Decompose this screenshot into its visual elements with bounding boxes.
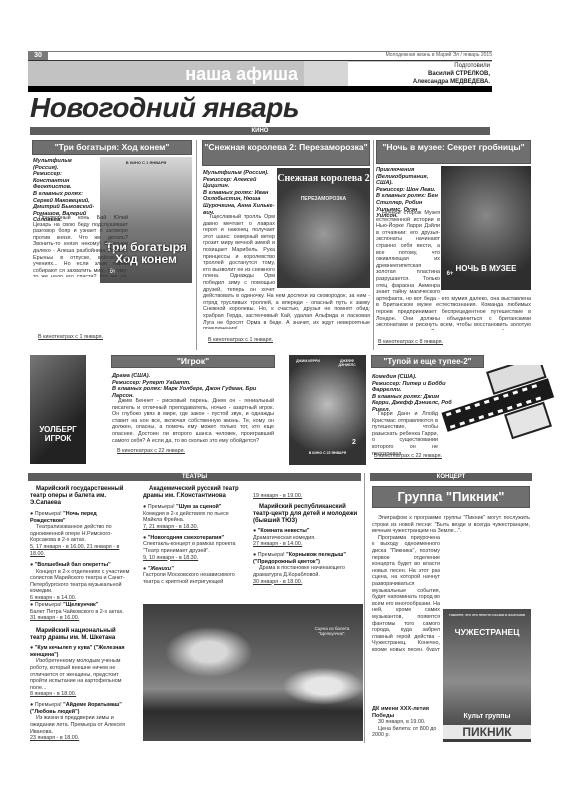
column-rule xyxy=(373,140,374,350)
venue-block: Академический русский театр драмы им. Г.… xyxy=(143,486,245,585)
credits: Подготовили Василий СТРЕЛКОВ, Александра… xyxy=(348,62,492,87)
film-strip-icon xyxy=(440,365,558,460)
float-spacer xyxy=(440,210,531,291)
event-date: 31 января - в 16.00. xyxy=(30,615,132,622)
poster-text: ДЖЕФФ ДЭНИЕЛС xyxy=(331,359,363,367)
event-title: "Комната невесты" xyxy=(258,528,310,534)
credits-label: Подготовили xyxy=(348,62,490,70)
film-description: Тщеславный тролль Орм давно мечтает о ла… xyxy=(203,214,370,329)
column-rule xyxy=(364,473,365,743)
film-release-date: В кинотеатрах с 1 января. xyxy=(38,334,103,341)
bullet-icon: ● xyxy=(30,702,33,708)
event-title: "Новогодняя смехотерапия" xyxy=(148,535,224,541)
event-date: 23 января - в 18.00. xyxy=(30,735,132,742)
event-item: ● "Комната невесты" Драматическая комеди… xyxy=(253,528,361,548)
concert-title-bar: Группа "Пикник" xyxy=(372,486,530,508)
concert-paragraph: Эпиграфом к программе группы "Пикник" мо… xyxy=(372,515,530,535)
poster-title: ЧУЖЕСТРАНЕЦ xyxy=(443,627,531,637)
poster-text: В КИНО С 22 ЯНВАРЯ xyxy=(289,451,366,455)
film-description: Джим Беннет - рисковый парень. Днем он -… xyxy=(112,398,274,444)
bullet-icon: ● xyxy=(30,645,33,651)
poster-band: ПИКНИК xyxy=(443,725,531,739)
event-title: "Женихи" xyxy=(148,566,174,572)
film-meta: Драма (США). Режиссер: Руперт Уайатт. В … xyxy=(112,373,274,399)
event-date: 19 января - в 19.00. xyxy=(253,493,361,500)
film-director: Режиссер: Алексей Цицилин. xyxy=(203,177,275,190)
film-title-bar: "Игрок" xyxy=(111,355,275,368)
event-date: 5, 17 января - в 16.00, 21 января - в 18… xyxy=(30,544,132,558)
float-spacer xyxy=(275,214,370,290)
film-title-bar: "Три богатыря: Ход конем" xyxy=(32,140,192,155)
concert-date: 30 января, в 19.00. xyxy=(372,719,440,726)
poster-text: ДЖИМ КЕРРИ xyxy=(293,359,323,363)
event-title: "Кум кечылеп у кува" ("Железная женщина"… xyxy=(30,645,125,658)
event-item: ● Премьера! "Ночь перед Рождеством" Теат… xyxy=(30,511,132,558)
event-item: ● Премьера! "Щелкунчик" Балет Петра Чайк… xyxy=(30,602,132,622)
bullet-icon: ● xyxy=(143,566,146,572)
venue-name: Марийский национальный театр драмы им. М… xyxy=(30,628,132,642)
author-2: Александра МЕДВЕДЕВА. xyxy=(413,79,490,85)
film-cast: В главных ролях: Иван Охлобыстин, Нюша Ш… xyxy=(203,190,275,216)
film-description: Ночной сторож Музея естественной истории… xyxy=(376,210,531,330)
event-title: "Шум за сценой" xyxy=(176,504,221,510)
concert-section-bar: КОНЦЕРТ xyxy=(370,473,532,481)
author-1: Василий СТРЕЛКОВ, xyxy=(428,71,490,77)
bullet-icon: ● xyxy=(30,562,33,568)
poster-text: 2 xyxy=(349,439,359,446)
column-rule xyxy=(196,140,197,350)
event-item: ● Премьера! "Корнывож пеледыш" ("Придоро… xyxy=(253,552,361,585)
film-genre: Приключения (Великобритания, США). xyxy=(376,167,440,187)
event-desc: Гастроли Московского независимого театра… xyxy=(143,572,245,585)
event-item: ● "Женихи" Гастроли Московского независи… xyxy=(143,566,245,586)
event-date: 7, 21 января - в 18.30. xyxy=(143,524,245,531)
venue-name: Марийский государственный театр оперы и … xyxy=(30,486,132,507)
film-director: Режиссер: Константин Феоктистов. xyxy=(33,171,97,191)
film-description: Гарри Данн и Ллойд Кристмас отправляются… xyxy=(372,411,438,457)
masthead-dot-pattern xyxy=(304,61,348,87)
poster-subtitle: Культ группы xyxy=(443,713,531,720)
event-desc: Балет Петра Чайковского в 2-х актах. xyxy=(30,609,132,616)
venue-name: Академический русский театр драмы им. Г.… xyxy=(143,486,245,500)
event-item: ● Премьера! "Шум за сценой" Комедия в 2-… xyxy=(143,504,245,531)
film-genre: Драма (США). xyxy=(112,373,274,380)
photo-caption: Сцена из балета "Щелкунчик". xyxy=(307,626,357,636)
event-date: 9, 10 января - в 18.30. xyxy=(143,555,245,562)
venue-block: 19 января - в 19.00. Марийский республик… xyxy=(253,486,361,586)
event-date: 30 января - в 18.00. xyxy=(253,579,361,586)
film-title-bar: "Ночь в музее: Секрет гробницы" xyxy=(376,140,531,164)
venue-name: Марийский республиканский театр-центр дл… xyxy=(253,504,361,525)
bullet-icon: ● xyxy=(30,511,33,517)
film-poster-image: ДЖИМ КЕРРИ ДЖЕФФ ДЭНИЕЛС В КИНО С 22 ЯНВ… xyxy=(289,355,366,465)
event-date: 6 января - в 14.00. xyxy=(30,595,132,602)
film-genre: Мультфильм (Россия). xyxy=(33,158,97,171)
cinema-section-bar: КИНО xyxy=(30,127,490,135)
poster-text: В КИНО С 1 ЯНВАРЯ xyxy=(100,160,192,165)
event-date: 8 января - в 18.00. xyxy=(30,691,132,698)
event-item: ● "Кум кечылеп у кува" ("Железная женщин… xyxy=(30,645,132,698)
poster-subtitle: ПЕРЕЗАМОРОЗКА xyxy=(277,196,370,202)
event-desc: Изобретенному молодым ученым роботу, кот… xyxy=(30,658,132,691)
bullet-icon: ● xyxy=(143,535,146,541)
concert-price: Цена билета: от 800 до 2000 р. xyxy=(372,726,440,739)
event-desc: Из жизни в преддверии зимы и ожидании ле… xyxy=(30,715,132,735)
event-item: ● "Волшебный бал оперетты" Концерт в 2-х… xyxy=(30,562,132,602)
film-meta: Мультфильм (Россия). Режиссер: Алексей Ц… xyxy=(203,170,275,216)
event-title: "Волшебный бал оперетты" xyxy=(35,562,111,568)
page-headline: Новогодний январь xyxy=(30,92,299,124)
film-release-date: В кинотеатрах с 22 января. xyxy=(374,453,442,460)
bullet-icon: ● xyxy=(253,552,256,558)
film-release-date: В кинотеатрах с 8 января. xyxy=(378,339,443,346)
event-desc: Комедия в 2-х действиях по пьесе Майкла … xyxy=(143,511,245,524)
event-item: ● Премьера! "Айдеме йоратымаш" ("Любовь … xyxy=(30,702,132,742)
event-desc: Драма в постановке начинающего драматург… xyxy=(253,565,361,578)
ballet-photo: Сцена из балета "Щелкунчик". xyxy=(143,604,363,741)
event-desc: Театрализованное действо по одноименной … xyxy=(30,524,132,544)
concert-poster-image: ГОВОРЯТ, ЧТО ЭТО ПРОСТО СКАЗКИ И ФАНТАЗИ… xyxy=(443,609,531,742)
film-release-date: В кинотеатрах с 1 января. xyxy=(208,337,273,344)
event-item: ● "Новогодняя смехотерапия" Спектакль-ко… xyxy=(143,535,245,562)
poster-title: Снежная королева 2 xyxy=(277,174,370,184)
film-title-bar: "Снежная королева 2: Перезаморозка" xyxy=(202,140,370,166)
bullet-icon: ● xyxy=(143,504,146,510)
venue-block: Марийский государственный театр оперы и … xyxy=(30,486,132,742)
event-prefix: Премьера! xyxy=(148,504,175,510)
event-desc: Концерт в 2-х отделениях с участием соли… xyxy=(30,569,132,595)
concert-details: ДК имени XXX-летия Победы 30 января, в 1… xyxy=(372,706,440,739)
bullet-icon: ● xyxy=(30,602,33,608)
poster-title: УОЛБЕРГ ИГРОК xyxy=(30,425,86,443)
concert-venue: ДК имени XXX-летия Победы xyxy=(372,706,440,719)
section-title: наша афиша xyxy=(130,61,298,87)
poster-text: ГОВОРЯТ, ЧТО ЭТО ПРОСТО СКАЗКИ И ФАНТАЗИ… xyxy=(443,613,531,617)
event-prefix: Премьера! xyxy=(35,511,62,517)
film-director: Режиссер: Шон Леви. xyxy=(376,187,440,194)
event-desc: Спектакль-концерт в рамках проекта "Теат… xyxy=(143,541,245,554)
theatres-section-bar: ТЕАТРЫ xyxy=(28,473,361,481)
event-prefix: Премьера! xyxy=(35,602,62,608)
page-number: 30 xyxy=(28,51,48,60)
film-genre: Мультфильм (Россия). xyxy=(203,170,275,177)
film-release-date: В кинотеатрах с 22 января. xyxy=(117,448,185,455)
event-prefix: Премьера! xyxy=(258,552,285,558)
film-poster-image: УОЛБЕРГ ИГРОК xyxy=(30,355,86,464)
bullet-icon: ● xyxy=(253,528,256,534)
publication-info: Молодежная жизнь в Марий Эл / январь 201… xyxy=(386,51,492,60)
event-title: "Щелкунчик" xyxy=(63,602,98,608)
event-date: 27 января - в 14.00. xyxy=(253,541,361,548)
event-desc: Драматическая комедия. xyxy=(253,535,361,542)
event-prefix: Премьера! xyxy=(35,702,62,708)
